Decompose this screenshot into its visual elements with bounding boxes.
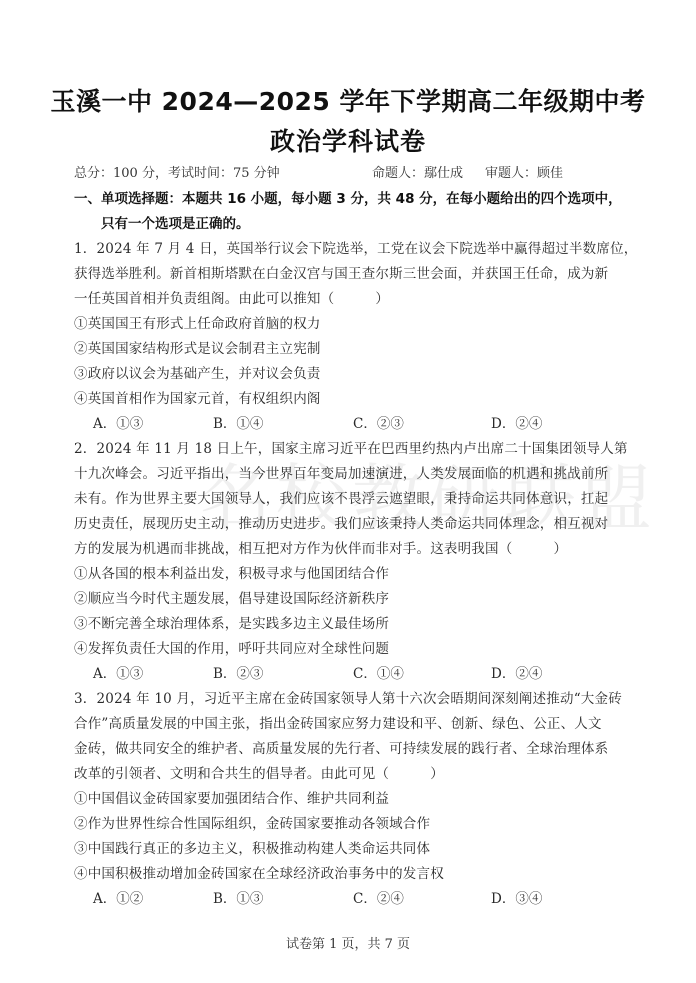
statement: ①中国倡议金砖国家要加强团结合作、维护共同利益 [74, 787, 634, 807]
question-stem-line: 未有。作为世界主要大国领导人，我们应该不畏浮云遮望眼，秉持命运共同体意识，扛起 [74, 487, 634, 507]
exam-meta: 总分：100 分，考试时间：75 分钟 命题人：鄢仕成审题人：顾佳 [74, 162, 634, 181]
page-footer: 试卷第 1 页，共 7 页 [0, 933, 696, 952]
option-b[interactable]: B．①④ [213, 412, 263, 432]
question-stem-line: 一任英国首相并负责组阁。由此可以推知（ ） [74, 287, 634, 307]
option-a[interactable]: A．①② [93, 887, 143, 907]
question-stem-line: 2．2024 年 11 月 18 日上午，国家主席习近平在巴西里约热内卢出席二十… [74, 437, 634, 457]
option-a[interactable]: A．①③ [93, 662, 143, 682]
statement: ②作为世界性综合性国际组织，金砖国家要推动各领域合作 [74, 812, 634, 832]
question-stem-line: 方的发展为机遇而非挑战，相互把对方作为伙伴而非对手。这表明我国（ ） [74, 537, 634, 557]
option-d[interactable]: D．②④ [491, 412, 542, 432]
reviewer: 审题人：顾佳 [485, 166, 563, 181]
question-stem-line: 1．2024 年 7 月 4 日，英国举行议会下院选举，工党在议会下院选举中赢得… [74, 237, 634, 257]
option-d[interactable]: D．②④ [491, 662, 542, 682]
option-d[interactable]: D．③④ [491, 887, 542, 907]
question-stem-line: 合作”高质量发展的中国主张，指出金砖国家应努力建设和平、创新、绿色、公正、人文 [74, 712, 634, 732]
statement: ①英国国王有形式上任命政府首脑的权力 [74, 312, 634, 332]
score-time: 总分：100 分，考试时间：75 分钟 [74, 166, 280, 181]
question-stem-line: 金砖，做共同安全的维护者、高质量发展的先行者、可持续发展的践行者、全球治理体系 [74, 737, 634, 757]
option-b[interactable]: B．①③ [213, 887, 263, 907]
statement: ②英国国家结构形式是议会制君主立宪制 [74, 337, 634, 357]
question-stem-line: 历史责任，展现历史主动，推动历史进步。我们应该秉持人类命运共同体理念，相互视对 [74, 512, 634, 532]
authors: 命题人：鄢仕成审题人：顾佳 [372, 162, 563, 181]
question-stem-line: 改革的引领者、文明和合共生的倡导者。由此可见（ ） [74, 762, 634, 782]
statement: ④中国积极推动增加金砖国家在全球经济政治事务中的发言权 [74, 862, 634, 882]
option-c[interactable]: C．②③ [353, 412, 404, 432]
statement: ②顺应当今时代主题发展，倡导建设国际经济新秩序 [74, 587, 634, 607]
section-heading-cont: 只有一个选项是正确的。 [101, 212, 661, 232]
option-c[interactable]: C．②④ [353, 887, 404, 907]
question-stem-line: 获得选举胜利。新首相斯塔默在白金汉宫与国王查尔斯三世会面，并获国王任命，成为新 [74, 262, 634, 282]
exam-subtitle: 政治学科试卷 [0, 122, 696, 158]
statement: ①从各国的根本利益出发，积极寻求与他国团结合作 [74, 562, 634, 582]
statement: ③政府以议会为基础产生，并对议会负责 [74, 362, 634, 382]
section-heading: 一、单项选择题：本题共 16 小题，每小题 3 分，共 48 分，在每小题给出的… [74, 187, 634, 207]
statement: ③中国践行真正的多边主义，积极推动构建人类命运共同体 [74, 837, 634, 857]
setter: 命题人：鄢仕成 [372, 166, 463, 181]
question-stem-line: 3．2024 年 10 月，习近平主席在金砖国家领导人第十六次会晤期间深刻阐述推… [74, 687, 634, 707]
question-stem-line: 十九次峰会。习近平指出，当今世界百年变局加速演进，人类发展面临的机遇和挑战前所 [74, 462, 634, 482]
option-c[interactable]: C．①④ [353, 662, 404, 682]
exam-page: 名校教研联盟 玉溪一中 2024—2025 学年下学期高二年级期中考 政治学科试… [0, 0, 696, 983]
statement: ④发挥负责任大国的作用，呼吁共同应对全球性问题 [74, 637, 634, 657]
statement: ③不断完善全球治理体系，是实践多边主义最佳场所 [74, 612, 634, 632]
option-b[interactable]: B．②③ [213, 662, 263, 682]
option-a[interactable]: A．①③ [93, 412, 143, 432]
exam-title: 玉溪一中 2024—2025 学年下学期高二年级期中考 [0, 82, 696, 118]
statement: ④英国首相作为国家元首，有权组织内阁 [74, 387, 634, 407]
